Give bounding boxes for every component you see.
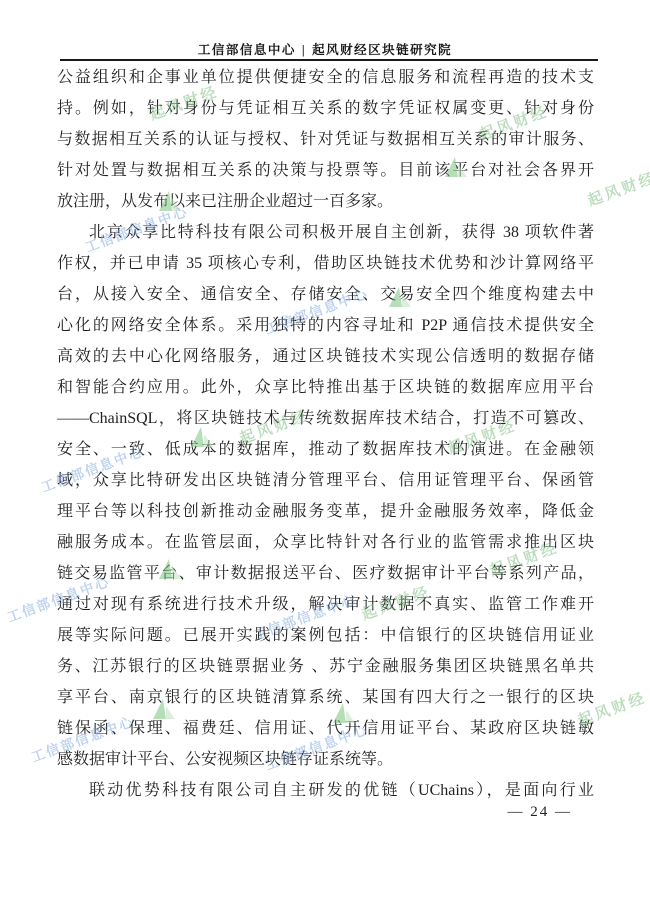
text-line: 理平台等以科技创新推动金融服务变革，提升金融服务效率，降低金: [57, 496, 594, 527]
document-page: 工信部信息中心|起风财经区块链研究院 公益组织和企事业单位提供便捷安全的信息服务…: [0, 0, 650, 919]
text-line: 持。例如，针对身份与凭证相互关系的数字凭证权属变更、针对身份: [57, 93, 594, 124]
text-line: 链保函、保理、福费廷、信用证、代开信用证平台、某政府区块链敏: [57, 713, 594, 744]
text-line: 放注册，从发布以来已注册企业超过一百多家。: [57, 186, 594, 217]
text-line: 融服务成本。在监管层面，众享比特针对各行业的监管需求推出区块: [57, 527, 594, 558]
text-line: 域，众享比特研发出区块链清分管理平台、信用证管理平台、保函管: [57, 465, 594, 496]
header-title: 工信部信息中心|起风财经区块链研究院: [0, 40, 650, 58]
text-line: 联动优势科技有限公司自主研发的优链（UChains），是面向行业: [57, 775, 594, 806]
text-line: 和智能合约应用。此外，众享比特推出基于区块链的数据库应用平台: [57, 372, 594, 403]
header-org-right: 起风财经区块链研究院: [312, 43, 452, 57]
header-rule: [60, 59, 598, 61]
header-separator: |: [296, 43, 312, 57]
text-line: 心化的网络安全体系。采用独特的内容寻址和 P2P 通信技术提供安全: [57, 310, 594, 341]
text-line: 链交易监管平台、审计数据报送平台、医疗数据审计平台等系列产品，: [57, 558, 594, 589]
text-line: 高效的去中心化网络服务，通过区块链技术实现公信透明的数据存储: [57, 341, 594, 372]
page-header: 工信部信息中心|起风财经区块链研究院: [0, 0, 650, 60]
text-line: 享平台、南京银行的区块链清算系统、某国有四大行之一银行的区块: [57, 682, 594, 713]
text-line: 展等实际问题。已展开实践的案例包括：中信银行的区块链信用证业: [57, 620, 594, 651]
text-line: 与数据相互关系的认证与授权、针对凭证与数据相互关系的审计服务、: [57, 124, 594, 155]
text-line: 公益组织和企事业单位提供便捷安全的信息服务和流程再造的技术支: [57, 62, 594, 93]
text-line: 针对处置与数据相互关系的决策与投票等。目前该平台对社会各界开: [57, 155, 594, 186]
watermark-green-text: 起风财经: [585, 166, 650, 210]
page-number: — 24 —: [508, 804, 573, 821]
text-line: ——ChainSQL，将区块链技术与传统数据库技术结合，打造不可篡改、: [57, 403, 594, 434]
text-line: 台，从接入安全、通信安全、存储安全、交易安全四个维度构建去中: [57, 279, 594, 310]
header-org-left: 工信部信息中心: [198, 43, 296, 57]
text-line: 作权，并已申请 35 项核心专利，借助区块链技术优势和沙计算网络平: [57, 248, 594, 279]
text-line: 北京众享比特科技有限公司积极开展自主创新，获得 38 项软件著: [57, 217, 594, 248]
text-line: 感数据审计平台、公安视频区块链存证系统等。: [57, 744, 594, 775]
body-text: 公益组织和企事业单位提供便捷安全的信息服务和流程再造的技术支持。例如，针对身份与…: [57, 62, 594, 806]
text-line: 通过对现有系统进行技术升级，解决审计数据不真实、监管工作难开: [57, 589, 594, 620]
text-line: 安全、一致、低成本的数据库，推动了数据库技术的演进。在金融领: [57, 434, 594, 465]
text-line: 务、江苏银行的区块链票据业务 、苏宁金融服务集团区块链黑名单共: [57, 651, 594, 682]
